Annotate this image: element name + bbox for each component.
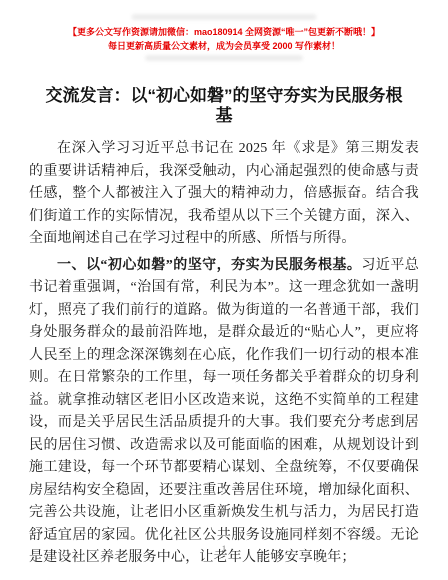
document-body: 在深入学习习近平总书记在 2025 年《求是》第三期发表的重要讲话精神后，我深受… bbox=[29, 138, 419, 570]
header-notice-line2: 每日更新高质量公文素材，成为会员享受 2000 写作素材！ bbox=[0, 39, 448, 53]
header-notice: 【更多公文写作资源请加微信：mao180914 全网资源“唯一”包更新不断哦！】… bbox=[0, 0, 448, 53]
page-title: 交流发言：以“初心如磐”的坚守夯实为民服务根基 bbox=[40, 86, 408, 126]
faint-watermark-line bbox=[145, 55, 303, 61]
header-notice-line1: 【更多公文写作资源请加微信：mao180914 全网资源“唯一”包更新不断哦！】 bbox=[0, 25, 448, 39]
body-paragraph: 一、以“初心如磐”的坚守，夯实为民服务根基。习近平总书记着重强调，“治国有常，利… bbox=[29, 255, 419, 570]
paragraph-lead: 一、以“初心如磐”的坚守，夯实为民服务根基。 bbox=[57, 258, 361, 273]
page-number: 1 bbox=[0, 544, 448, 554]
document-page: 【更多公文写作资源请加微信：mao180914 全网资源“唯一”包更新不断哦！】… bbox=[0, 0, 448, 580]
paragraph-text: 习近平总书记着重强调，“治国有常，利民为本”。这一理念犹如一盏明灯，照亮了我们前… bbox=[29, 258, 419, 566]
faint-watermark-line bbox=[132, 14, 317, 20]
body-paragraph: 在深入学习习近平总书记在 2025 年《求是》第三期发表的重要讲话精神后，我深受… bbox=[29, 138, 419, 251]
paragraph-text: 在深入学习习近平总书记在 2025 年《求是》第三期发表的重要讲话精神后，我深受… bbox=[29, 141, 419, 246]
